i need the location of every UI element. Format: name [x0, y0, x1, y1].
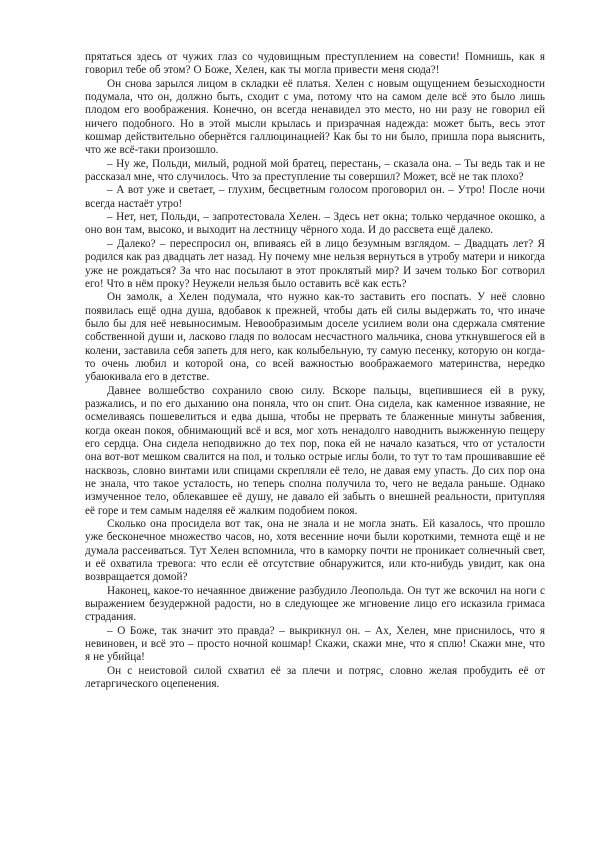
page-text-block: прятаться здесь от чужих глаз со чудовищ…: [85, 51, 545, 692]
paragraph: Он замолк, а Хелен подумала, что нужно к…: [85, 291, 545, 384]
paragraph: – Ну же, Польди, милый, родной мой брате…: [85, 158, 545, 185]
paragraph: Давнее волшебство сохранило свою силу. В…: [85, 385, 545, 518]
paragraph: – О Боже, так значит это правда? – выкри…: [85, 625, 545, 665]
paragraph: Сколько она просидела вот так, она не зн…: [85, 518, 545, 585]
book-page: прятаться здесь от чужих глаз со чудовищ…: [0, 0, 600, 849]
paragraph: – Далеко? – переспросил он, впиваясь ей …: [85, 238, 545, 291]
paragraph: – А вот уже и светает, – глухим, бесцвет…: [85, 184, 545, 211]
paragraph: Он снова зарылся лицом в складки её плат…: [85, 78, 545, 158]
paragraph: Он с неистовой силой схватил её за плечи…: [85, 665, 545, 692]
paragraph: прятаться здесь от чужих глаз со чудовищ…: [85, 51, 545, 78]
paragraph: Наконец, какое-то нечаянное движение раз…: [85, 585, 545, 625]
paragraph: – Нет, нет, Польди, – запротестовала Хел…: [85, 211, 545, 238]
